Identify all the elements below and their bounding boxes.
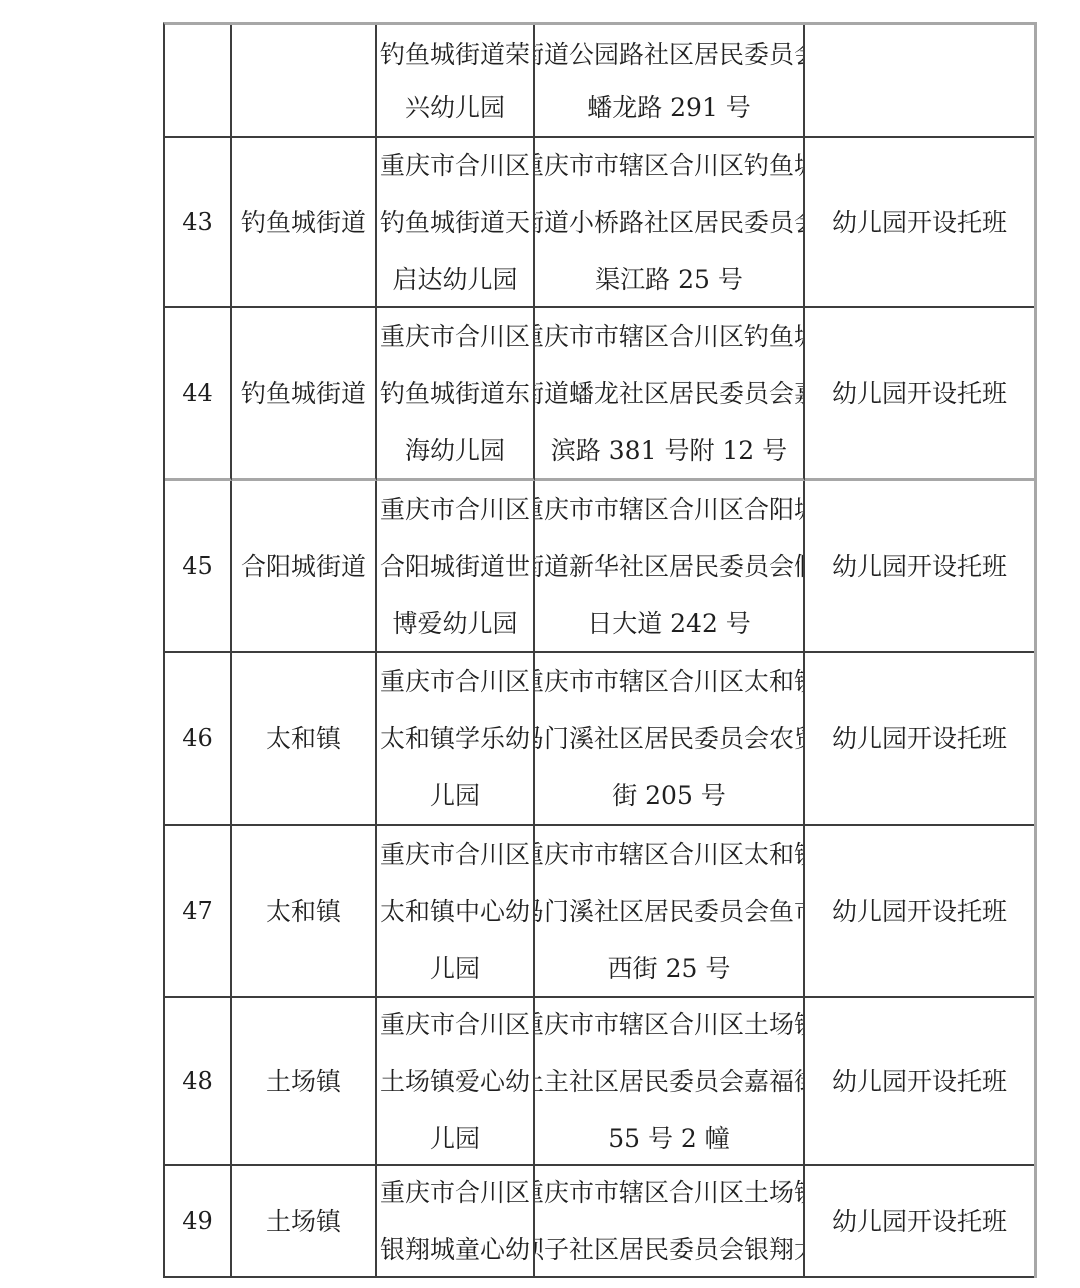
row-number-cell: 46 — [165, 653, 232, 826]
address-line: 马门溪社区居民委员会鱼市 — [535, 883, 805, 940]
row-number-cell: 48 — [165, 998, 232, 1166]
address-line: 重庆市市辖区合川区太和镇 — [535, 653, 805, 710]
address-line: 重庆市市辖区合川区合阳城 — [535, 481, 805, 538]
kindergarten-name-cell: 钓鱼城街道荣兴幼儿园 — [377, 25, 535, 138]
address-cell: 重庆市市辖区合川区太和镇马门溪社区居民委员会鱼市西街 25 号 — [535, 826, 805, 998]
address-line: 蟠龙路 291 号 — [587, 81, 751, 134]
row-number: 45 — [182, 538, 213, 595]
kindergarten-name-line: 钓鱼城街道天 — [380, 194, 530, 251]
address-line: 重庆市市辖区合川区土场镇 — [535, 998, 805, 1053]
kindergarten-name-cell: 重庆市合川区土场镇爱心幼儿园 — [377, 998, 535, 1166]
address-cell: 重庆市市辖区合川区钓鱼城街道小桥路社区居民委员会渠江路 25 号 — [535, 138, 805, 308]
row-number: 49 — [182, 1193, 213, 1250]
note-cell — [805, 25, 1034, 138]
kindergarten-name-line: 海幼儿园 — [405, 422, 505, 479]
table-row: 46 太和镇 重庆市合川区太和镇学乐幼儿园 重庆市市辖区合川区太和镇马门溪社区居… — [165, 653, 1034, 826]
note: 幼儿园开设托班 — [832, 1193, 1007, 1250]
address-line: 重庆市市辖区合川区钓鱼城 — [535, 308, 805, 365]
table-row: 48 土场镇 重庆市合川区土场镇爱心幼儿园 重庆市市辖区合川区土场镇土主社区居民… — [165, 998, 1034, 1166]
note-cell: 幼儿园开设托班 — [805, 826, 1034, 998]
address-line: 重庆市市辖区合川区太和镇 — [535, 826, 805, 883]
note-cell: 幼儿园开设托班 — [805, 138, 1034, 308]
town-cell: 太和镇 — [232, 653, 377, 826]
town-cell: 钓鱼城街道 — [232, 138, 377, 308]
town: 钓鱼城街道 — [241, 194, 366, 251]
row-number-cell: 47 — [165, 826, 232, 998]
address-line: 街道新华社区居民委员会假 — [535, 538, 805, 595]
row-number-cell: 49 — [165, 1166, 232, 1278]
town: 合阳城街道 — [241, 538, 366, 595]
row-number: 44 — [182, 365, 213, 422]
table-row: 钓鱼城街道荣兴幼儿园 街道公园路社区居民委员会蟠龙路 291 号 — [165, 25, 1034, 138]
town-cell: 合阳城街道 — [232, 481, 377, 653]
kindergarten-name-line: 钓鱼城街道东 — [380, 365, 530, 422]
address-line: 街道小桥路社区居民委员会 — [535, 194, 805, 251]
kindergarten-name-line: 土场镇爱心幼 — [380, 1053, 530, 1110]
table-row: 45 合阳城街道 重庆市合川区合阳城街道世博爱幼儿园 重庆市市辖区合川区合阳城街… — [165, 481, 1034, 653]
kindergarten-name-cell: 重庆市合川区钓鱼城街道东海幼儿园 — [377, 308, 535, 481]
row-number-cell: 44 — [165, 308, 232, 481]
note: 幼儿园开设托班 — [832, 1053, 1007, 1110]
table-row: 44 钓鱼城街道 重庆市合川区钓鱼城街道东海幼儿园 重庆市市辖区合川区钓鱼城街道… — [165, 308, 1034, 481]
address-cell: 重庆市市辖区合川区土场镇土主社区居民委员会嘉福街55 号 2 幢 — [535, 998, 805, 1166]
table-row: 49 土场镇 重庆市合川区银翔城童心幼 重庆市市辖区合川区土场镇坝子社区居民委员… — [165, 1166, 1034, 1278]
town-cell — [232, 25, 377, 138]
note: 幼儿园开设托班 — [832, 883, 1007, 940]
row-number-cell: 45 — [165, 481, 232, 653]
address-cell: 街道公园路社区居民委员会蟠龙路 291 号 — [535, 25, 805, 138]
kindergarten-name-line: 重庆市合川区 — [380, 138, 530, 194]
kindergarten-name-line: 启达幼儿园 — [392, 251, 517, 308]
kindergarten-name-line: 博爱幼儿园 — [392, 595, 517, 652]
row-number: 46 — [182, 710, 213, 767]
address-line: 滨路 381 号附 12 号 — [551, 422, 787, 479]
kindergarten-name-line: 兴幼儿园 — [405, 81, 505, 134]
town-cell: 太和镇 — [232, 826, 377, 998]
address-line: 渠江路 25 号 — [595, 251, 743, 308]
note-cell: 幼儿园开设托班 — [805, 481, 1034, 653]
address-cell: 重庆市市辖区合川区合阳城街道新华社区居民委员会假日大道 242 号 — [535, 481, 805, 653]
kindergarten-name-line: 重庆市合川区 — [380, 481, 530, 538]
note: 幼儿园开设托班 — [832, 194, 1007, 251]
address-line: 街 205 号 — [612, 767, 726, 824]
table-row: 47 太和镇 重庆市合川区太和镇中心幼儿园 重庆市市辖区合川区太和镇马门溪社区居… — [165, 826, 1034, 998]
address-line: 重庆市市辖区合川区钓鱼城 — [535, 138, 805, 194]
note: 幼儿园开设托班 — [832, 710, 1007, 767]
note-cell: 幼儿园开设托班 — [805, 1166, 1034, 1278]
town: 土场镇 — [266, 1053, 341, 1110]
table: 钓鱼城街道荣兴幼儿园 街道公园路社区居民委员会蟠龙路 291 号 43 钓鱼城街… — [163, 22, 1037, 1278]
kindergarten-name-line: 重庆市合川区 — [380, 826, 530, 883]
row-number: 43 — [182, 194, 213, 251]
kindergarten-name-line: 儿园 — [430, 767, 480, 824]
address-cell: 重庆市市辖区合川区太和镇马门溪社区居民委员会农贸街 205 号 — [535, 653, 805, 826]
town-cell: 土场镇 — [232, 998, 377, 1166]
kindergarten-name-line: 重庆市合川区 — [380, 998, 530, 1053]
row-number-cell — [165, 25, 232, 138]
kindergarten-name-line: 儿园 — [430, 1110, 480, 1167]
town-cell: 土场镇 — [232, 1166, 377, 1278]
address-line: 街道公园路社区居民委员会 — [535, 28, 805, 81]
kindergarten-name-line: 银翔城童心幼 — [380, 1221, 530, 1278]
town: 太和镇 — [266, 710, 341, 767]
kindergarten-name-line: 太和镇学乐幼 — [380, 710, 530, 767]
kindergarten-name-line: 太和镇中心幼 — [380, 883, 530, 940]
address-line: 55 号 2 幢 — [608, 1110, 730, 1167]
kindergarten-name-cell: 重庆市合川区合阳城街道世博爱幼儿园 — [377, 481, 535, 653]
address-line: 土主社区居民委员会嘉福街 — [535, 1053, 805, 1110]
address-cell: 重庆市市辖区合川区土场镇坝子社区居民委员会银翔大 — [535, 1166, 805, 1278]
note: 幼儿园开设托班 — [832, 365, 1007, 422]
town: 钓鱼城街道 — [241, 365, 366, 422]
kindergarten-name-cell: 重庆市合川区钓鱼城街道天启达幼儿园 — [377, 138, 535, 308]
note-cell: 幼儿园开设托班 — [805, 653, 1034, 826]
kindergarten-name-line: 重庆市合川区 — [380, 653, 530, 710]
kindergarten-name-line: 重庆市合川区 — [380, 308, 530, 365]
kindergarten-name-line: 重庆市合川区 — [380, 1166, 530, 1221]
town-cell: 钓鱼城街道 — [232, 308, 377, 481]
kindergarten-name-cell: 重庆市合川区太和镇中心幼儿园 — [377, 826, 535, 998]
note: 幼儿园开设托班 — [832, 538, 1007, 595]
document-page: 钓鱼城街道荣兴幼儿园 街道公园路社区居民委员会蟠龙路 291 号 43 钓鱼城街… — [0, 0, 1080, 1288]
town: 太和镇 — [266, 883, 341, 940]
town: 土场镇 — [266, 1193, 341, 1250]
row-number: 47 — [182, 883, 213, 940]
address-line: 坝子社区居民委员会银翔大 — [535, 1221, 805, 1278]
address-line: 西街 25 号 — [608, 940, 731, 997]
address-line: 街道蟠龙社区居民委员会嘉 — [535, 365, 805, 422]
kindergarten-name-line: 钓鱼城街道荣 — [380, 28, 530, 81]
kindergarten-name-line: 儿园 — [430, 940, 480, 997]
address-line: 马门溪社区居民委员会农贸 — [535, 710, 805, 767]
address-line: 日大道 242 号 — [587, 595, 751, 652]
note-cell: 幼儿园开设托班 — [805, 308, 1034, 481]
kindergarten-name-cell: 重庆市合川区太和镇学乐幼儿园 — [377, 653, 535, 826]
row-number: 48 — [182, 1053, 213, 1110]
row-number-cell: 43 — [165, 138, 232, 308]
kindergarten-name-line: 合阳城街道世 — [380, 538, 530, 595]
table-row: 43 钓鱼城街道 重庆市合川区钓鱼城街道天启达幼儿园 重庆市市辖区合川区钓鱼城街… — [165, 138, 1034, 308]
address-line: 重庆市市辖区合川区土场镇 — [535, 1166, 805, 1221]
kindergarten-name-cell: 重庆市合川区银翔城童心幼 — [377, 1166, 535, 1278]
note-cell: 幼儿园开设托班 — [805, 998, 1034, 1166]
address-cell: 重庆市市辖区合川区钓鱼城街道蟠龙社区居民委员会嘉滨路 381 号附 12 号 — [535, 308, 805, 481]
